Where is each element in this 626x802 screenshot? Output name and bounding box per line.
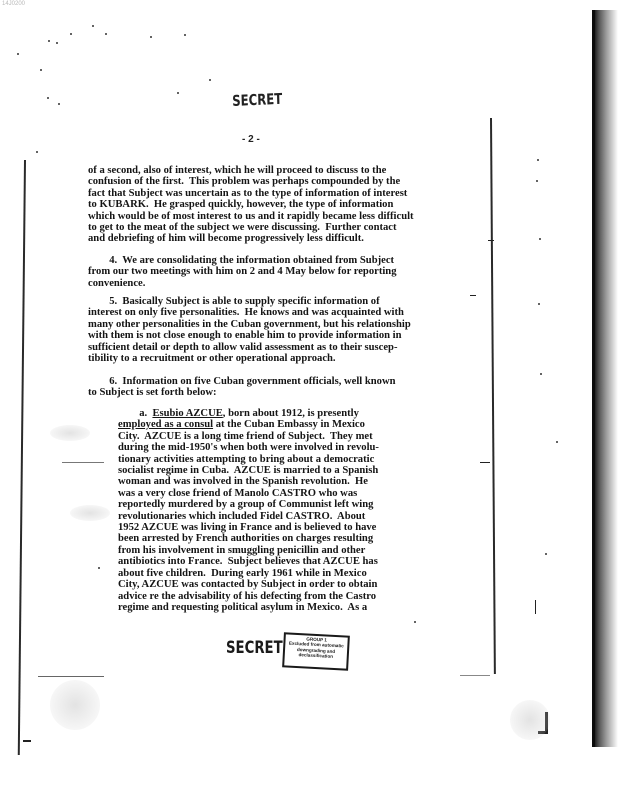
scan-speck: [47, 97, 49, 99]
scan-speck: [184, 34, 186, 36]
margin-tick: [62, 462, 104, 463]
text-span: at the Cuban Embassy in Mexico: [213, 419, 365, 430]
classification-group-box: GROUP 1 Excluded from automatic downgrad…: [282, 632, 350, 670]
page-edge-shadow: [592, 10, 618, 747]
text-line: many other personalities in the Cuban go…: [88, 319, 488, 330]
text-line: 4. We are consolidating the information …: [88, 255, 488, 266]
scan-speck: [556, 441, 558, 443]
text-line: employed as a consul at the Cuban Embass…: [118, 419, 518, 430]
scan-speck: [40, 69, 42, 71]
text-line: reportedly murdered by a group of Commun…: [118, 499, 518, 510]
text-line: City, AZCUE was contacted by Subject in …: [118, 579, 518, 590]
text-line: been arrested by French authorities on c…: [118, 533, 518, 544]
underlined-text: employed as a consul: [118, 419, 213, 430]
page-number: - 2 -: [242, 134, 260, 145]
margin-tick: [480, 462, 490, 463]
scan-speck: [539, 238, 541, 240]
scan-speck: [414, 621, 416, 623]
text-line: of a second, also of interest, which he …: [88, 165, 488, 176]
scan-speck: [177, 92, 179, 94]
text-line: fact that Subject was uncertain as to th…: [88, 188, 488, 199]
paragraph-5: 5. Basically Subject is able to supply s…: [88, 296, 488, 364]
item-marker: a.: [118, 408, 152, 419]
page-edge-line: [592, 10, 595, 747]
classification-stamp-top: SECRET: [232, 90, 282, 110]
scan-speck: [540, 373, 542, 375]
text-line: woman and was involved in the Spanish re…: [118, 476, 518, 487]
scan-speck: [538, 303, 540, 305]
text-line: revolutionaries which included Fidel CAS…: [118, 511, 518, 522]
text-line: to KUBARK. He grasped quickly, however, …: [88, 199, 488, 210]
scan-speck: [98, 567, 100, 569]
paragraph-6: 6. Information on five Cuban government …: [88, 376, 488, 399]
margin-tick: [535, 600, 536, 614]
scan-smudge: [50, 425, 90, 441]
scan-smudge: [50, 680, 100, 730]
text-line: City. AZCUE is a long time friend of Sub…: [118, 431, 518, 442]
text-line: convenience.: [88, 278, 488, 289]
text-line: sufficient detail or depth to allow vali…: [88, 342, 488, 353]
text-line: confusion of the first. This problem was…: [88, 176, 488, 187]
scan-speck: [48, 40, 50, 42]
scan-speck: [209, 79, 211, 81]
scan-speck: [70, 33, 72, 35]
text-line: 1952 AZCUE was living in France and is b…: [118, 522, 518, 533]
scan-speck: [58, 103, 60, 105]
text-line: with them is not close enough to enable …: [88, 330, 488, 341]
text-line: and debriefing of him will become progre…: [88, 233, 488, 244]
text-line: during the mid-1950's when both were inv…: [118, 442, 518, 453]
document-id: 14J0200: [2, 1, 25, 7]
right-margin-tick: [460, 675, 490, 676]
person-name: Esubio AZCUE: [152, 408, 222, 419]
text-line: regime and requesting political asylum i…: [118, 602, 518, 613]
text-line: was a very close friend of Manolo CASTRO…: [118, 488, 518, 499]
text-line: about five children. During early 1961 w…: [118, 568, 518, 579]
text-line: advice re the advisability of his defect…: [118, 591, 518, 602]
scan-speck: [36, 151, 38, 153]
scan-speck: [537, 159, 539, 161]
text-line: 5. Basically Subject is able to supply s…: [88, 296, 488, 307]
scan-speck: [150, 36, 152, 38]
text-line: which would be of most interest to us an…: [88, 211, 488, 222]
text-line: a. Esubio AZCUE, born about 1912, is pre…: [118, 408, 518, 419]
paragraph-continuation: of a second, also of interest, which he …: [88, 165, 488, 245]
text-line: interest on only five personalities. He …: [88, 307, 488, 318]
scan-speck: [545, 553, 547, 555]
scan-speck: [56, 42, 58, 44]
text-line: 6. Information on five Cuban government …: [88, 376, 488, 387]
scan-smudge: [70, 505, 110, 521]
margin-tick: [470, 295, 476, 296]
scan-speck: [92, 25, 94, 27]
text-line: tionary activities attempting to bring a…: [118, 454, 518, 465]
margin-tick: [488, 240, 494, 241]
text-span: , born about 1912, is presently: [223, 408, 359, 419]
classification-stamp-bottom: SECRET: [226, 638, 283, 658]
text-line: to Subject is set forth below:: [88, 387, 488, 398]
text-line: tibility to a recruitment or other opera…: [88, 353, 488, 364]
text-line: from our two meetings with him on 2 and …: [88, 266, 488, 277]
text-line: from his involvement in smuggling penici…: [118, 545, 518, 556]
subparagraph-a: a. Esubio AZCUE, born about 1912, is pre…: [118, 408, 518, 613]
scan-speck: [105, 33, 107, 35]
paragraph-4: 4. We are consolidating the information …: [88, 255, 488, 289]
scan-speck: [17, 53, 19, 55]
left-margin-line: [18, 160, 26, 755]
scan-speck: [536, 180, 538, 182]
scan-smudge: [510, 700, 550, 740]
text-line: to get to the meat of the subject we wer…: [88, 222, 488, 233]
text-line: socialist regime in Cuba. AZCUE is marri…: [118, 465, 518, 476]
margin-tick: [23, 740, 31, 742]
text-line: antibiotics into France. Subject believe…: [118, 556, 518, 567]
left-margin-tick: [38, 676, 104, 677]
